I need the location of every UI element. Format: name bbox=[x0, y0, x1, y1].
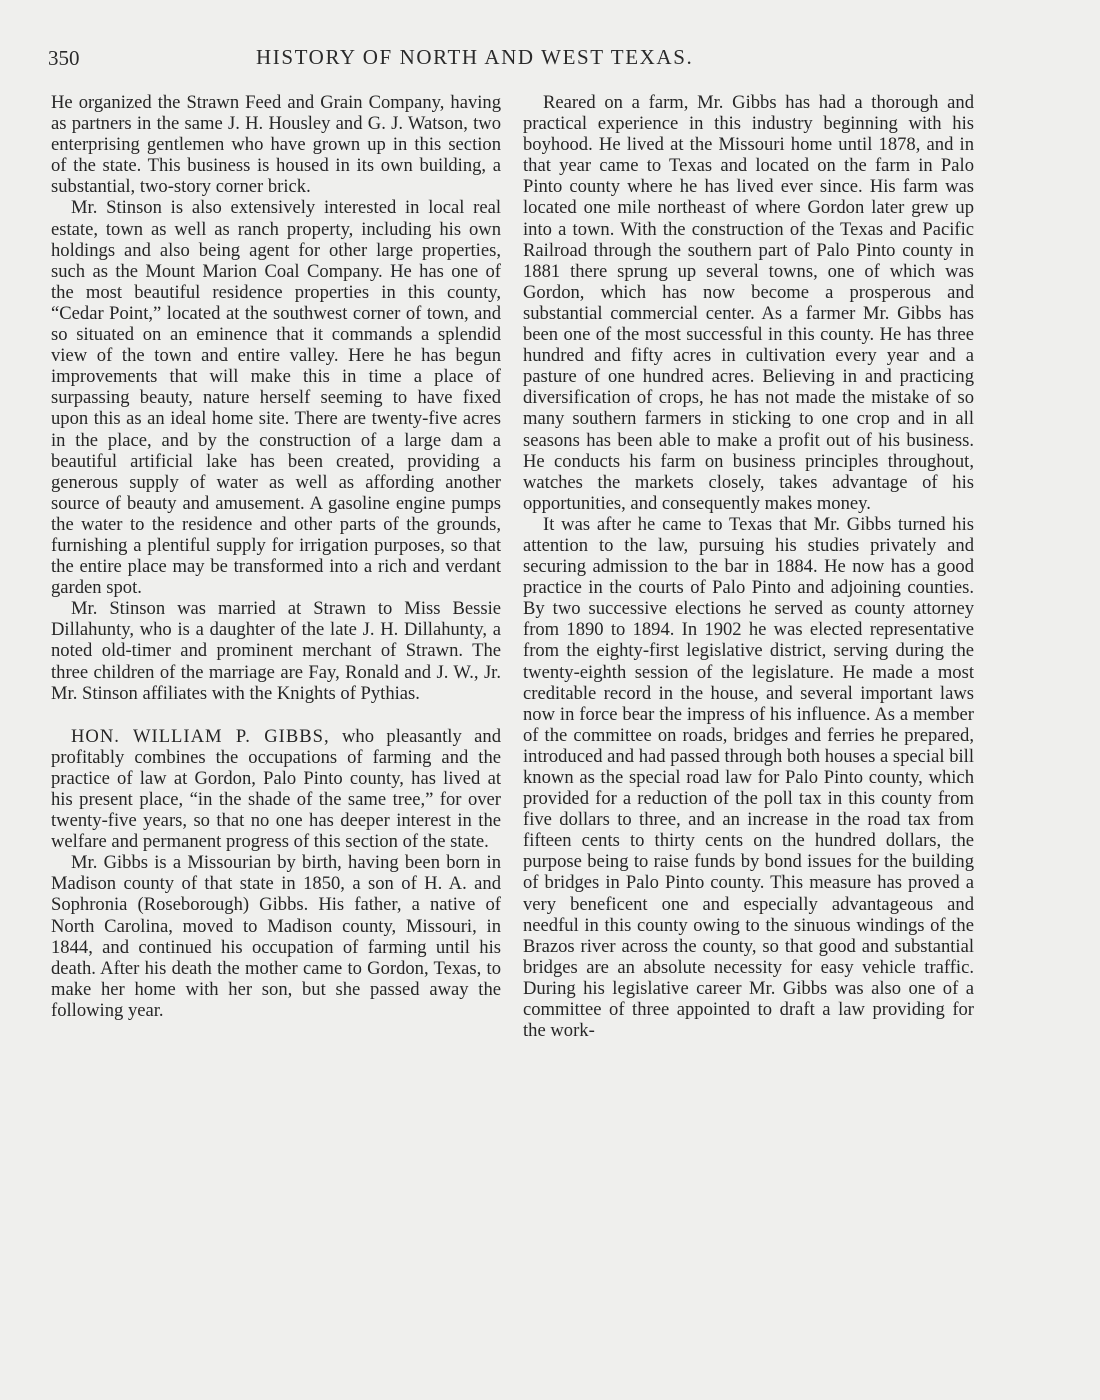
paragraph: Mr. Stinson is also extensively interest… bbox=[51, 197, 501, 598]
paragraph: Mr. Gibbs is a Missourian by birth, havi… bbox=[51, 852, 501, 1021]
paragraph: Mr. Stinson was married at Strawn to Mis… bbox=[51, 598, 501, 703]
biography-subject-name: HON. WILLIAM P. GIBBS, bbox=[71, 726, 330, 747]
paragraph: Reared on a farm, Mr. Gibbs has had a th… bbox=[523, 92, 974, 514]
paragraph: It was after he came to Texas that Mr. G… bbox=[523, 514, 974, 1041]
page-number: 350 bbox=[48, 46, 80, 71]
left-column: He organized the Strawn Feed and Grain C… bbox=[51, 92, 501, 1021]
biography-start-paragraph: HON. WILLIAM P. GIBBS, who pleasantly an… bbox=[51, 726, 501, 853]
running-title: HISTORY OF NORTH AND WEST TEXAS. bbox=[256, 45, 693, 70]
paragraph: He organized the Strawn Feed and Grain C… bbox=[51, 92, 501, 197]
right-column: Reared on a farm, Mr. Gibbs has had a th… bbox=[523, 92, 974, 1041]
